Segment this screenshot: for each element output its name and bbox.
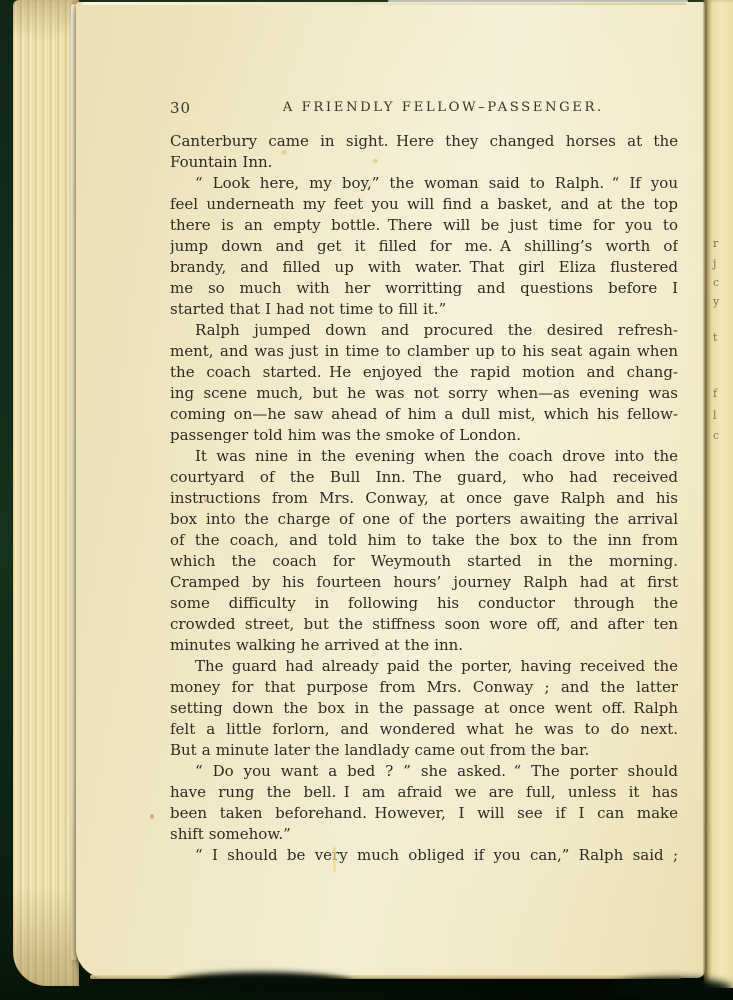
text-line: Ralph jumped down and procured the desir… — [170, 320, 678, 341]
text-line: instructions from Mrs. Conway, at once g… — [170, 488, 678, 509]
cover-shadow — [168, 972, 353, 994]
text-line: “ I should be very much obliged if you c… — [170, 845, 678, 866]
text-line: It was nine in the evening when the coac… — [170, 446, 678, 467]
text-line: there is an empty bottle. There will be … — [170, 215, 678, 236]
text-line: courtyard of the Bull Inn. The guard, wh… — [170, 467, 678, 488]
text-line: the coach started. He enjoyed the rapid … — [170, 362, 678, 383]
page-stack-fore-edge — [13, 0, 79, 986]
text-line: jump down and get it filled for me. A sh… — [170, 236, 678, 257]
adjacent-page-text-fragment: f — [713, 388, 717, 399]
text-line: Fountain Inn. — [170, 152, 678, 173]
text-line: been taken beforehand. However, I will s… — [170, 803, 678, 824]
adjacent-page-text-fragment: c — [713, 277, 719, 288]
text-line: setting down the box in the passage at o… — [170, 698, 678, 719]
top-edge-highlight — [388, 0, 688, 3]
text-line: have rung the bell. I am afraid we are f… — [170, 782, 678, 803]
text-line: Cramped by his fourteen hours’ journey R… — [170, 572, 678, 593]
adjacent-page-text-fragment: r — [713, 238, 718, 249]
page-text: Canterbury came in sight. Here they chan… — [170, 131, 678, 866]
foxing-speck — [204, 498, 208, 502]
page-header: 30 A FRIENDLY FELLOW–PASSENGER. — [170, 97, 678, 119]
foxing-speck — [150, 814, 154, 819]
text-line: Canterbury came in sight. Here they chan… — [170, 131, 678, 152]
book-page: 30 A FRIENDLY FELLOW–PASSENGER. Canterbu… — [76, 2, 705, 978]
text-line: “ Do you want a bed ? ” she asked. “ The… — [170, 761, 678, 782]
adjacent-page-text-fragment: y — [713, 296, 719, 307]
text-line: which the coach for Weymouth started in … — [170, 551, 678, 572]
adjacent-page-text-fragment: t — [713, 332, 717, 343]
page-number: 30 — [170, 99, 191, 117]
paper-scratch — [333, 847, 336, 873]
text-line: brandy, and filled up with water. That g… — [170, 257, 678, 278]
foxing-speck — [373, 159, 378, 163]
text-line: shift somehow.” — [170, 824, 678, 845]
text-line: felt a little forlorn, and wondered what… — [170, 719, 678, 740]
text-line: “ Look here, my boy,” the woman said to … — [170, 173, 678, 194]
text-line: ing scene much, but he was not sorry whe… — [170, 383, 678, 404]
text-line: minutes walking he arrived at the inn. — [170, 635, 678, 656]
text-line: crowded street, but the stiffness soon w… — [170, 614, 678, 635]
text-line: money for that purpose from Mrs. Conway … — [170, 677, 678, 698]
text-line: The guard had already paid the porter, h… — [170, 656, 678, 677]
adjacent-page-text-fragment: j — [713, 258, 716, 269]
adjacent-page-text-fragment: l — [713, 410, 717, 421]
text-line: some difficulty in following his conduct… — [170, 593, 678, 614]
foxing-speck — [281, 150, 287, 155]
cover-shadow — [612, 978, 732, 998]
text-line: of the coach, and told him to take the b… — [170, 530, 678, 551]
text-line: coming on—he saw ahead of him a dull mis… — [170, 404, 678, 425]
text-line: ment, and was just in time to clamber up… — [170, 341, 678, 362]
book-scan-photo: 30 A FRIENDLY FELLOW–PASSENGER. Canterbu… — [0, 0, 733, 1000]
text-line: feel underneath my feet you will find a … — [170, 194, 678, 215]
adjacent-page-text-fragment: c — [713, 430, 719, 441]
next-page-edge: rjcytflc — [707, 0, 733, 988]
text-line: me so much with her worritting and quest… — [170, 278, 678, 299]
text-line: started that I had not time to fill it.” — [170, 299, 678, 320]
text-line: box into the charge of one of the porter… — [170, 509, 678, 530]
text-line: But a minute later the landlady came out… — [170, 740, 678, 761]
text-line: passenger told him was the smoke of Lond… — [170, 425, 678, 446]
running-head: A FRIENDLY FELLOW–PASSENGER. — [283, 100, 604, 115]
